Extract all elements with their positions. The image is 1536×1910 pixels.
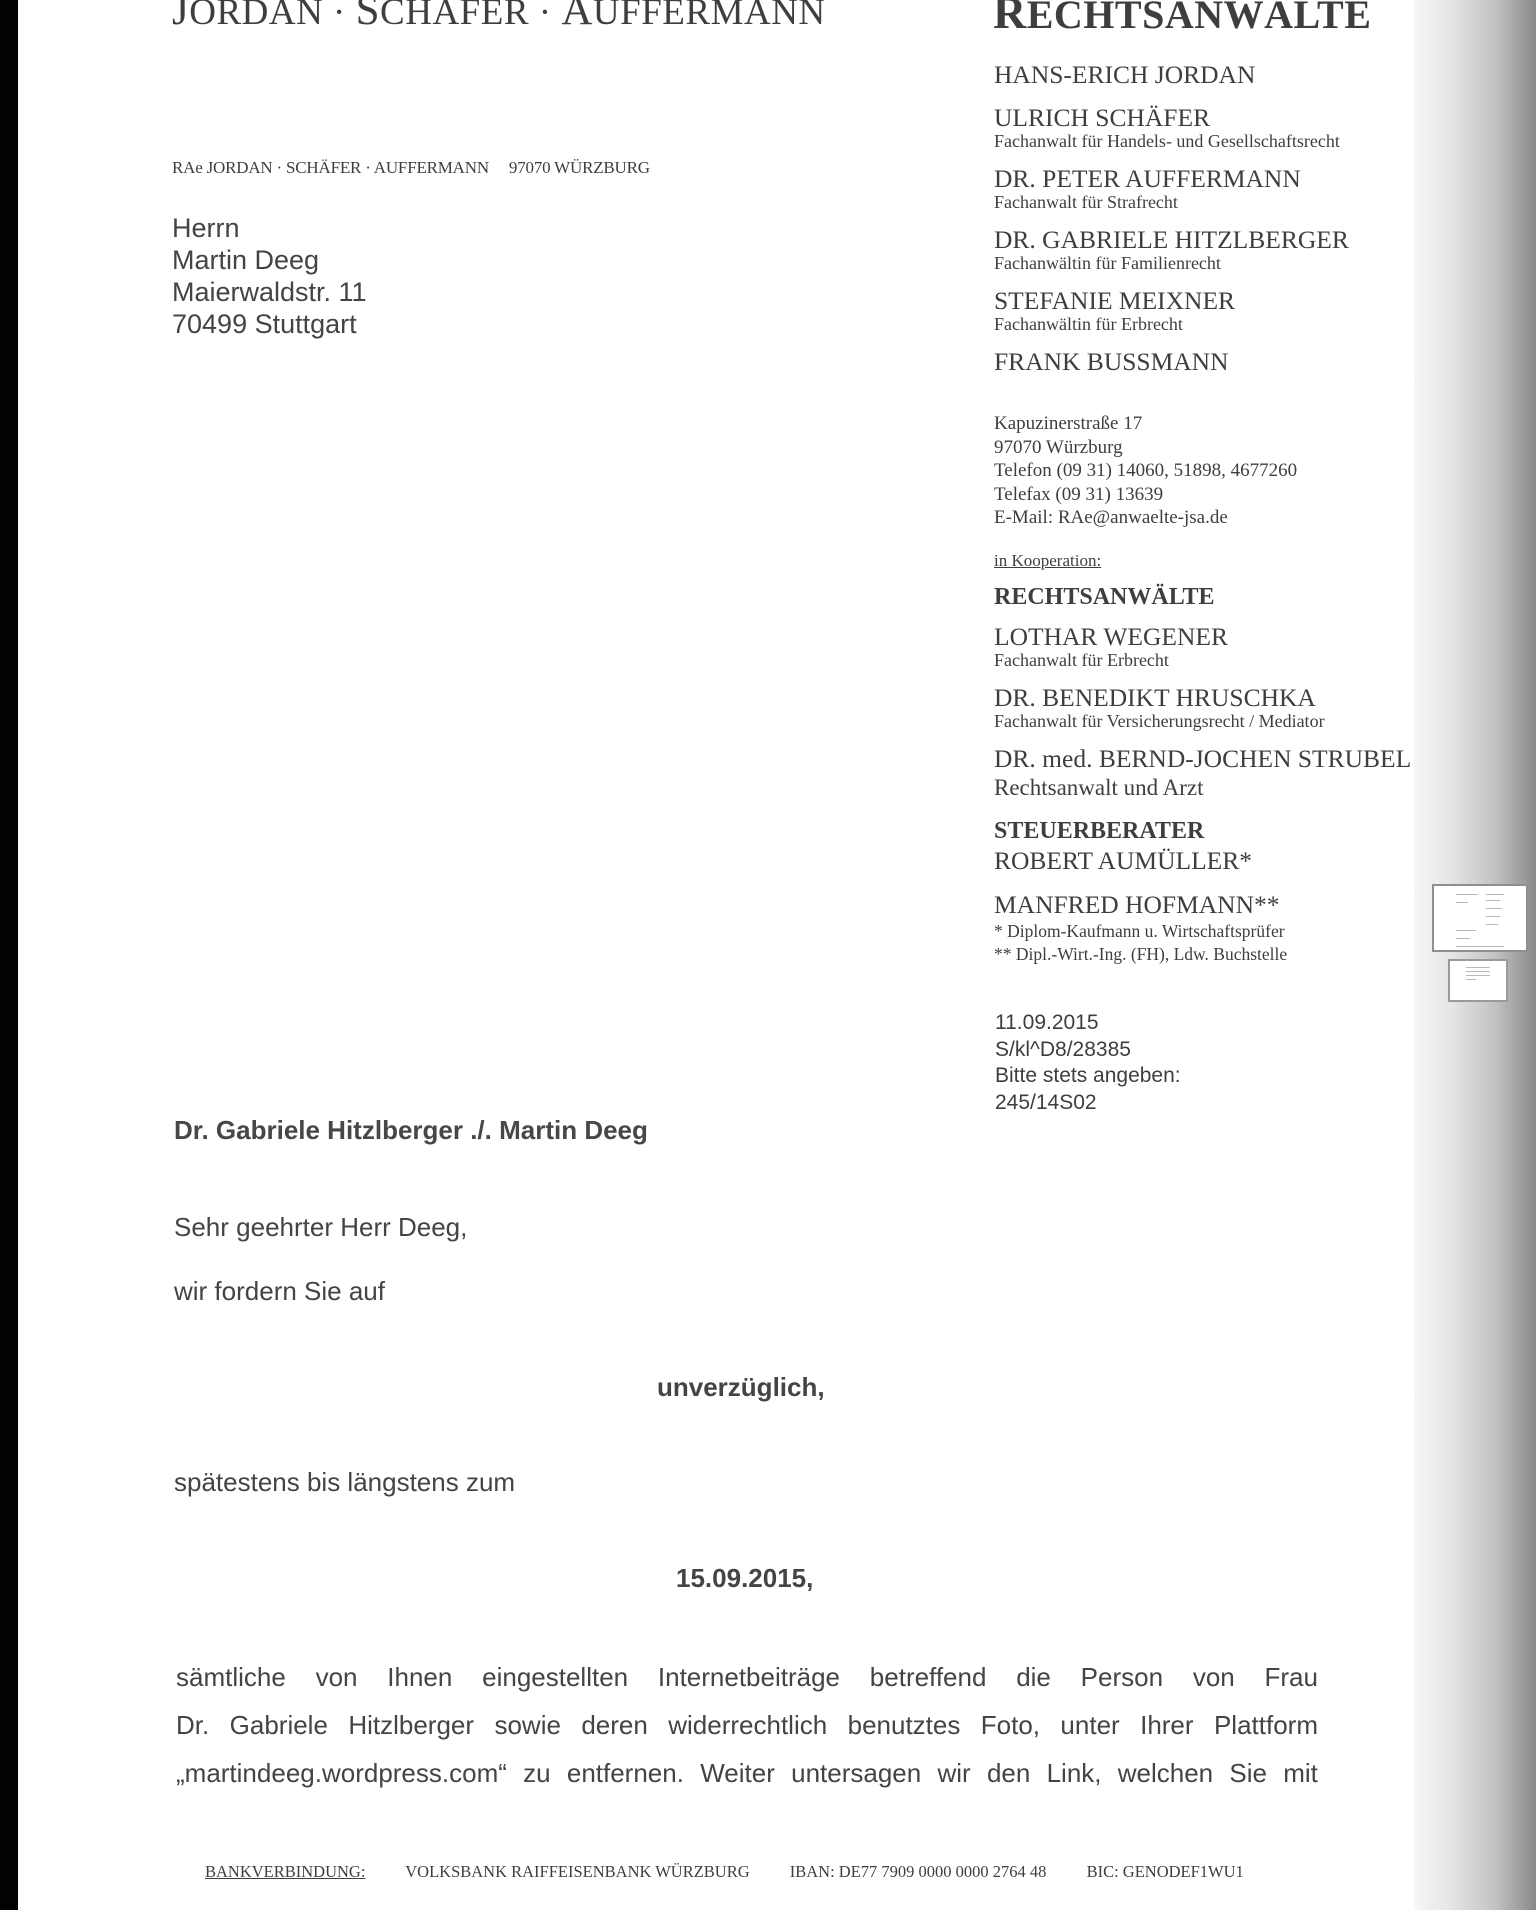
coop-lawyer-name: DR. BENEDIKT HRUSCHKA: [994, 683, 1414, 713]
footnote: ** Dipl.-Wirt.-Ing. (FH), Ldw. Buchstell…: [994, 943, 1414, 966]
word: deren: [581, 1701, 648, 1749]
word: Frau: [1265, 1653, 1318, 1701]
recipient-line: Martin Deeg: [172, 244, 367, 276]
firm-name-heading: JORDAN · SCHÄFER · AUFFERMANN: [172, 0, 826, 35]
cooperation-label: in Kooperation:: [994, 551, 1101, 571]
word: welchen: [1118, 1749, 1213, 1797]
firm-name-part: CHÄFER: [380, 0, 529, 33]
tax-advisor-name: ROBERT AUMÜLLER*: [994, 846, 1414, 876]
partner-entry: ULRICH SCHÄFER Fachanwalt für Handels- u…: [994, 103, 1414, 151]
word: unter: [1060, 1701, 1119, 1749]
contact-street: Kapuzinerstraße 17: [994, 412, 1297, 436]
bank-footer: BANKVERBINDUNG: VOLKSBANK RAIFFEISENBANK…: [205, 1862, 1280, 1882]
word: Gabriele: [230, 1701, 328, 1749]
word: die: [1016, 1653, 1051, 1701]
word: sowie: [494, 1701, 560, 1749]
partner-specialty: Fachanwalt für Handels- und Gesellschaft…: [994, 131, 1414, 151]
word: Dr.: [176, 1701, 209, 1749]
partner-specialty: Fachanwalt für Strafrecht: [994, 192, 1414, 212]
recipient-line: Herrn: [172, 212, 367, 244]
word: betreffend: [870, 1653, 987, 1701]
word: wir: [937, 1749, 970, 1797]
body-paragraph: sämtlichevonIhneneingestelltenInternetbe…: [176, 1653, 1318, 1797]
file-code: S/kl^D8/28385: [995, 1037, 1181, 1064]
footnote: * Diplom-Kaufmann u. Wirtschaftsprüfer: [994, 920, 1414, 943]
partner-specialty: Fachanwältin für Erbrecht: [994, 314, 1414, 334]
word: untersagen: [791, 1749, 921, 1797]
sender-firm: RAe JORDAN · SCHÄFER · AUFFERMANN: [172, 158, 489, 177]
separator: ·: [323, 0, 355, 33]
partners-list: HANS-ERICH JORDAN ULRICH SCHÄFER Fachanw…: [994, 60, 1414, 390]
word: sämtliche: [176, 1653, 286, 1701]
word: Link,: [1047, 1749, 1102, 1797]
word: Ihrer: [1140, 1701, 1193, 1749]
contact-email: E-Mail: RAe@anwaelte-jsa.de: [994, 506, 1297, 530]
body-line: Dr.GabrieleHitzlbergersowiederenwiderrec…: [176, 1701, 1318, 1749]
partner-name: HANS-ERICH JORDAN: [994, 60, 1414, 90]
word: widerrechtlich: [668, 1701, 827, 1749]
contact-block: Kapuzinerstraße 17 97070 Würzburg Telefo…: [994, 412, 1297, 530]
title-rest: ECHTSANWÄLTE: [1027, 0, 1372, 37]
word: Foto,: [981, 1701, 1040, 1749]
tax-advisors-heading: STEUERBERATER: [994, 816, 1414, 846]
word: Sie: [1229, 1749, 1267, 1797]
page-thumbnail-2[interactable]: [1448, 959, 1508, 1002]
partner-entry: DR. GABRIELE HITZLBERGER Fachanwältin fü…: [994, 225, 1414, 273]
coop-lawyer-specialty: Fachanwalt für Erbrecht: [994, 650, 1414, 670]
viewer-left-edge: [0, 0, 18, 1910]
cooperation-list: RECHTSANWÄLTE LOTHAR WEGENER Fachanwalt …: [994, 582, 1414, 966]
contact-city: 97070 Würzburg: [994, 436, 1297, 460]
deadline-intro: spätestens bis längstens zum: [174, 1467, 515, 1498]
word: Internetbeiträge: [658, 1653, 840, 1701]
sender-city: 97070 WÜRZBURG: [509, 158, 650, 177]
reference-block: 11.09.2015 S/kl^D8/28385 Bitte stets ang…: [995, 1010, 1181, 1116]
word: von: [1193, 1653, 1235, 1701]
tax-advisor-name: MANFRED HOFMANN**: [994, 890, 1414, 920]
word: zu: [523, 1749, 550, 1797]
word: mit: [1283, 1749, 1318, 1797]
coop-lawyer-specialty: Fachanwalt für Versicherungsrecht / Medi…: [994, 711, 1414, 731]
body-line: „martindeeg.wordpress.com“zuentfernen.We…: [176, 1749, 1318, 1797]
page-thumbnail-1[interactable]: [1432, 884, 1528, 952]
word: entfernen.: [567, 1749, 684, 1797]
word: Ihnen: [387, 1653, 452, 1701]
salutation: Sehr geehrter Herr Deeg,: [174, 1212, 467, 1243]
coop-lawyer-specialty: Rechtsanwalt und Arzt: [994, 774, 1414, 802]
coop-lawyer-entry: LOTHAR WEGENER Fachanwalt für Erbrecht: [994, 622, 1414, 670]
thumbnail-panel: [1414, 0, 1536, 1910]
firm-name-part: ORDAN: [189, 0, 323, 33]
word: eingestellten: [482, 1653, 628, 1701]
contact-phone: Telefon (09 31) 14060, 51898, 4677260: [994, 459, 1297, 483]
body-line: sämtlichevonIhneneingestelltenInternetbe…: [176, 1653, 1318, 1701]
recipient-line: 70499 Stuttgart: [172, 308, 367, 340]
word: Plattform: [1214, 1701, 1318, 1749]
reference-note: Bitte stets angeben:: [995, 1063, 1181, 1090]
bank-name: VOLKSBANK RAIFFEISENBANK WÜRZBURG: [405, 1862, 749, 1881]
coop-lawyer-entry: DR. med. BERND-JOCHEN STRUBEL Rechtsanwa…: [994, 744, 1414, 802]
recipient-line: Maierwaldstr. 11: [172, 276, 367, 308]
partner-name: DR. PETER AUFFERMANN: [994, 164, 1414, 194]
word: von: [316, 1653, 358, 1701]
separator: ·: [529, 0, 561, 33]
firm-name-part: UFFERMANN: [593, 0, 826, 33]
coop-lawyer-name: LOTHAR WEGENER: [994, 622, 1414, 652]
word: benutztes: [848, 1701, 961, 1749]
partner-entry: FRANK BUSSMANN: [994, 347, 1414, 377]
word: Hitzlberger: [348, 1701, 474, 1749]
word: den: [987, 1749, 1030, 1797]
bank-label: BANKVERBINDUNG:: [205, 1862, 365, 1881]
partner-entry: HANS-ERICH JORDAN: [994, 60, 1414, 90]
contact-fax: Telefax (09 31) 13639: [994, 483, 1297, 507]
coop-lawyer-entry: DR. BENEDIKT HRUSCHKA Fachanwalt für Ver…: [994, 683, 1414, 731]
partner-name: STEFANIE MEIXNER: [994, 286, 1414, 316]
deadline-date: 15.09.2015,: [676, 1563, 813, 1594]
partner-name: FRANK BUSSMANN: [994, 347, 1414, 377]
coop-lawyer-name: DR. med. BERND-JOCHEN STRUBEL: [994, 744, 1414, 774]
partner-name: ULRICH SCHÄFER: [994, 103, 1414, 133]
firm-initial: J: [172, 0, 189, 34]
partner-entry: DR. PETER AUFFERMANN Fachanwalt für Stra…: [994, 164, 1414, 212]
recipient-address: Herrn Martin Deeg Maierwaldstr. 11 70499…: [172, 212, 367, 340]
partner-entry: STEFANIE MEIXNER Fachanwältin für Erbrec…: [994, 286, 1414, 334]
title-initial: R: [993, 0, 1027, 38]
firm-initial: S: [356, 0, 380, 34]
case-number: 245/14S02: [995, 1090, 1181, 1117]
rechtsanwaelte-heading: RECHTSANWÄLTE: [993, 0, 1371, 39]
bank-iban: IBAN: DE77 7909 0000 0000 2764 48: [790, 1862, 1047, 1881]
partner-specialty: Fachanwältin für Familienrecht: [994, 253, 1414, 273]
sender-return-line: RAe JORDAN · SCHÄFER · AUFFERMANN97070 W…: [172, 158, 650, 178]
partner-name: DR. GABRIELE HITZLBERGER: [994, 225, 1414, 255]
cooperation-heading: RECHTSANWÄLTE: [994, 582, 1414, 612]
letter-date: 11.09.2015: [995, 1010, 1181, 1037]
word: „martindeeg.wordpress.com“: [176, 1749, 507, 1797]
word: Weiter: [700, 1749, 775, 1797]
firm-initial: A: [561, 0, 593, 34]
bank-bic: BIC: GENODEF1WU1: [1087, 1862, 1244, 1881]
word: Person: [1081, 1653, 1163, 1701]
emphasis-line: unverzüglich,: [657, 1372, 825, 1403]
letter-subject: Dr. Gabriele Hitzlberger ./. Martin Deeg: [174, 1115, 648, 1146]
intro-line: wir fordern Sie auf: [174, 1276, 385, 1307]
